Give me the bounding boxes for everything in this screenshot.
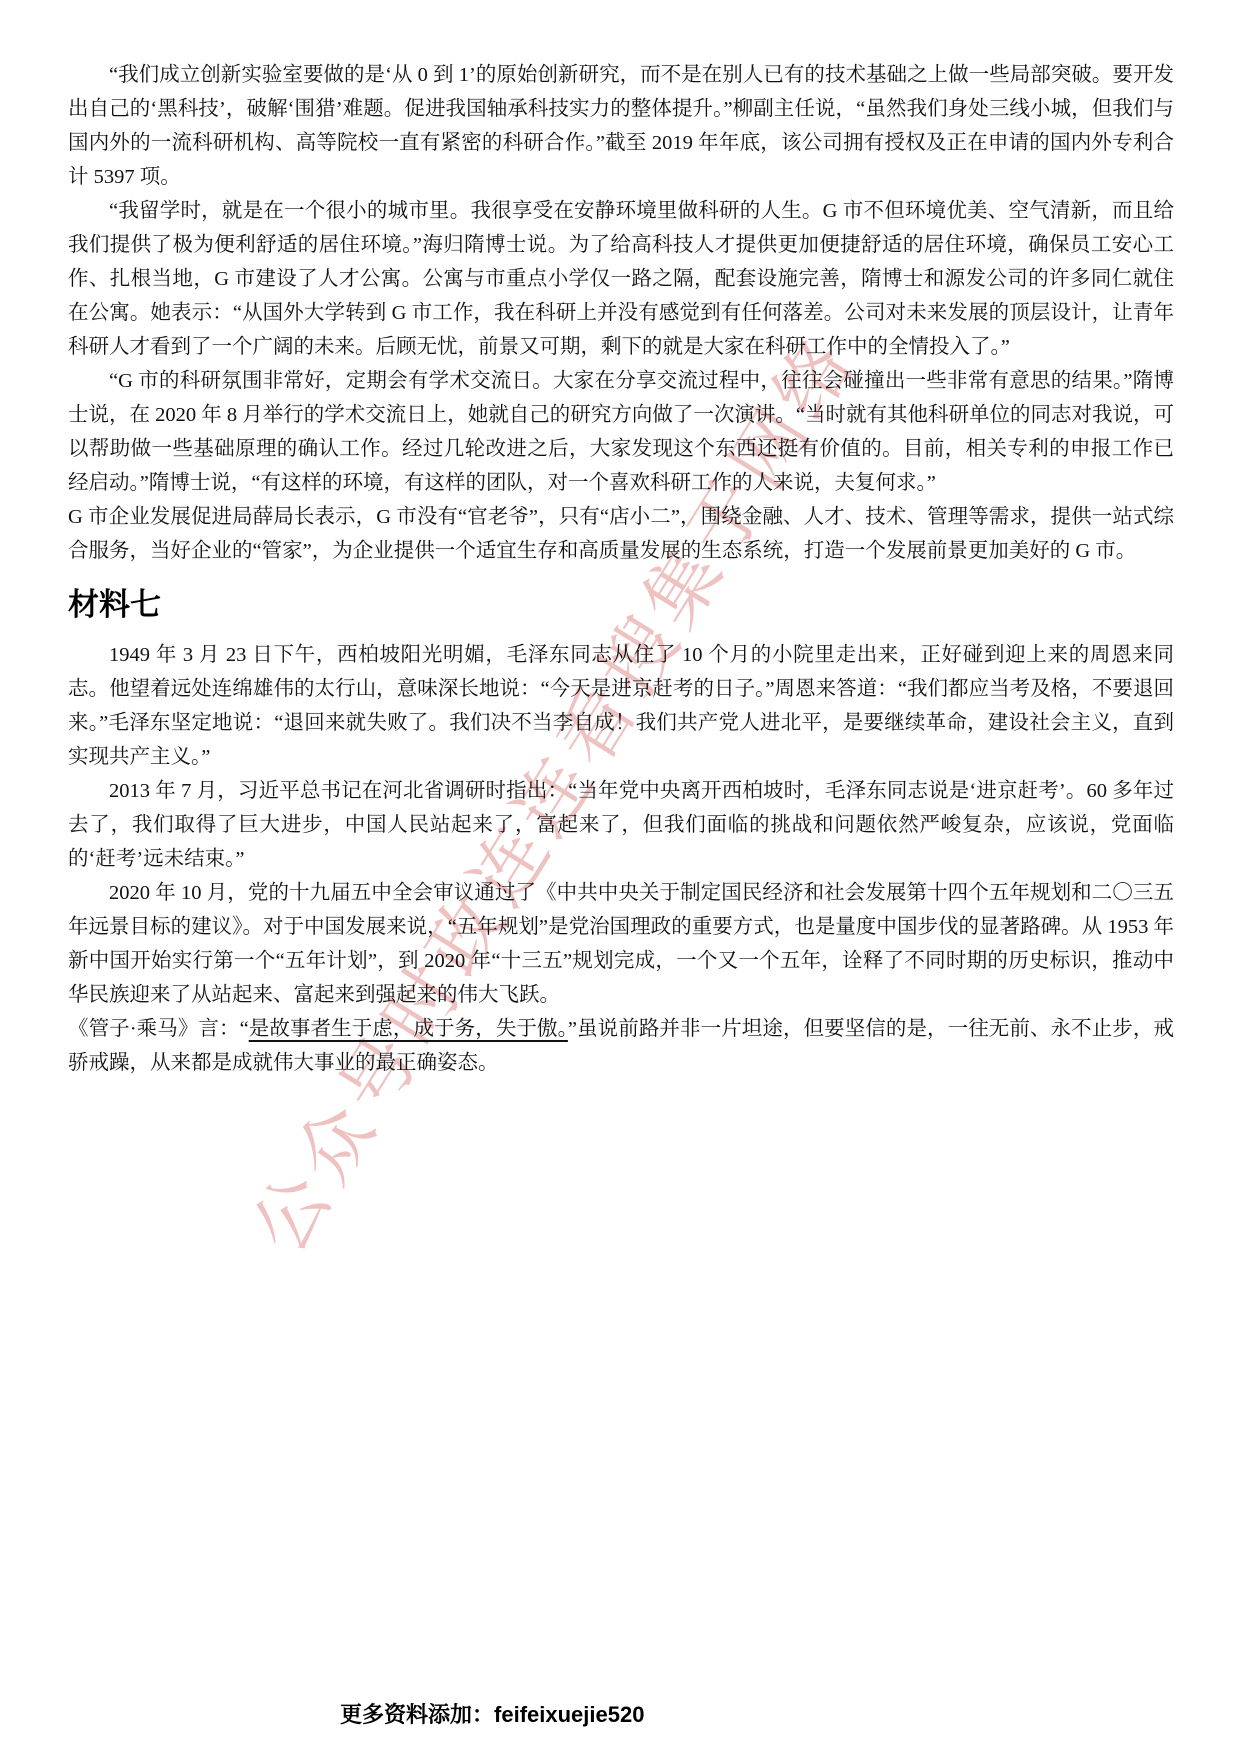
footer-account: feifeixuejie520: [494, 1702, 644, 1727]
paragraph-2020-plenum: 2020 年 10 月，党的十九届五中全会审议通过了《中共中央关于制定国民经济和…: [68, 876, 1174, 1012]
page-footer: 更多资料添加：feifeixuejie520: [340, 1698, 644, 1729]
paragraph-guanzi-closing: 《管子·乘马》言：“是故事者生于虑，成于务，失于傲。”虽说前路并非一片坦途，但要…: [68, 1012, 1174, 1080]
footer-label: 更多资料添加：: [340, 1702, 494, 1727]
paragraph-1949-xibaipo: 1949 年 3 月 23 日下午，西柏坡阳光明媚，毛泽东同志从住了 10 个月…: [68, 638, 1174, 774]
closing-underlined-quote: 是故事者生于虑，成于务，失于傲。: [249, 1018, 568, 1040]
paragraph-2013-speech: 2013 年 7 月，习近平总书记在河北省调研时指出：“当年党中央离开西柏坡时，…: [68, 774, 1174, 876]
paragraph-dr-sui-housing: “我留学时，就是在一个很小的城市里。我很享受在安静环境里做科研的人生。G 市不但…: [68, 194, 1174, 364]
paragraph-bureau-chief-xue: G 市企业发展促进局薛局长表示，G 市没有“官老爷”，只有“店小二”，围绕金融、…: [68, 500, 1174, 568]
closing-prefix: 《管子·乘马》言：“: [68, 1018, 249, 1040]
paragraph-innovation-lab: “我们成立创新实验室要做的是‘从 0 到 1’的原始创新研究，而不是在别人已有的…: [68, 58, 1174, 194]
document-page: 公众号时政连连看搜集于网络 “我们成立创新实验室要做的是‘从 0 到 1’的原始…: [0, 0, 1240, 1754]
section-heading-material-seven: 材料七: [68, 584, 1174, 626]
document-content: “我们成立创新实验室要做的是‘从 0 到 1’的原始创新研究，而不是在别人已有的…: [68, 58, 1174, 1080]
paragraph-research-atmosphere: “G 市的科研氛围非常好，定期会有学术交流日。大家在分享交流过程中，往往会碰撞出…: [68, 364, 1174, 500]
